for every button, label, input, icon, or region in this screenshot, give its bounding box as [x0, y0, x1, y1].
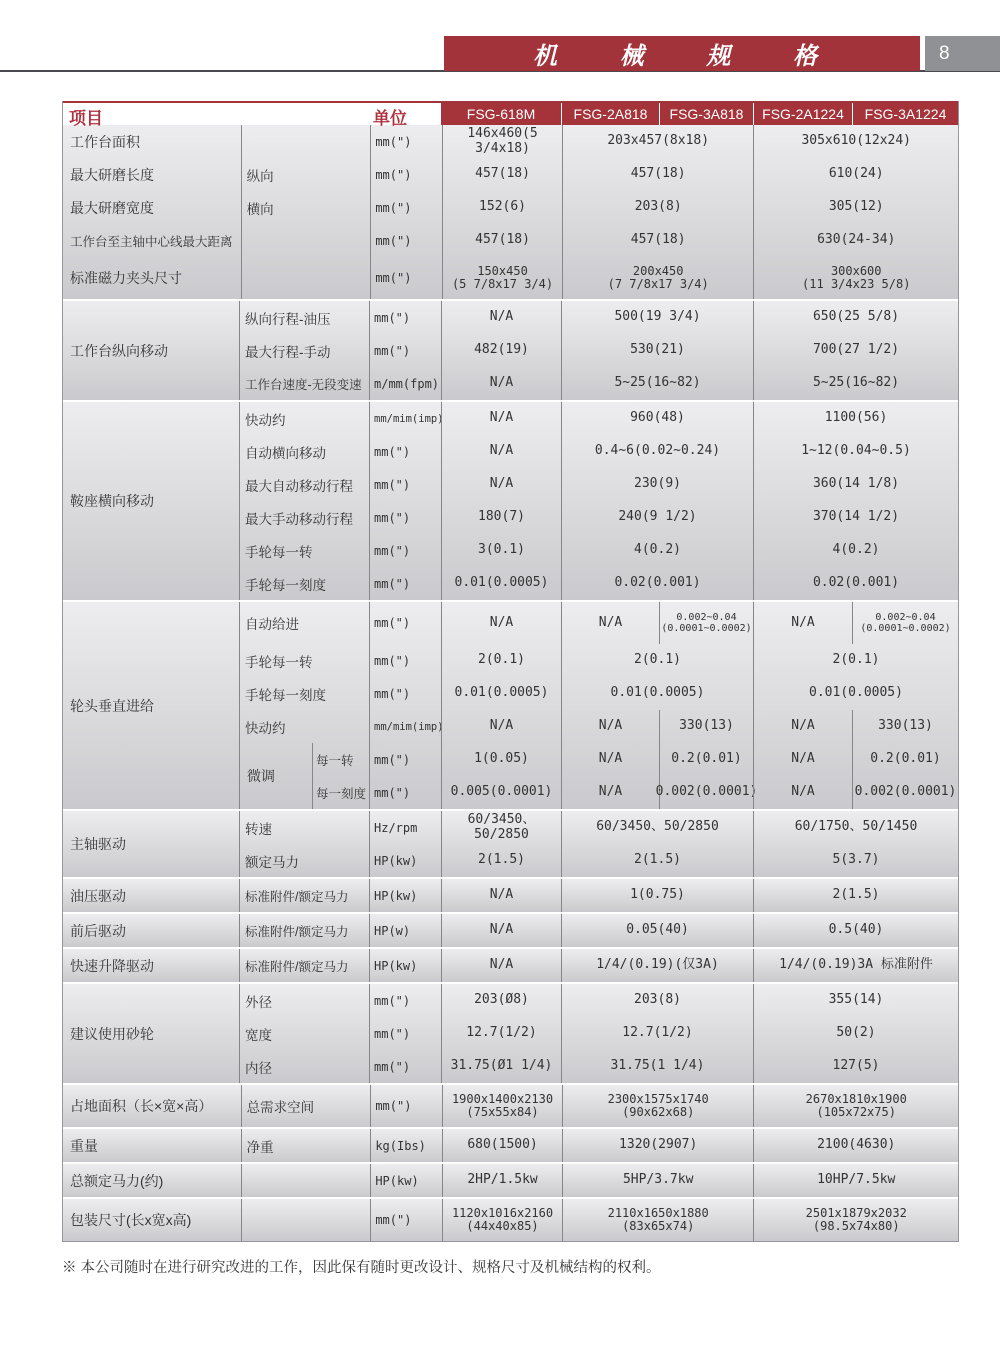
value-cell: 1900x1400x2130 (75x55x84) — [442, 1085, 562, 1127]
spec-row: 快动约mm/mim(imp)N/A960(48)1100(56) — [239, 402, 958, 435]
table-header-row: 项目 单位 FSG-618MFSG-2A818FSG-3A818FSG-2A12… — [63, 101, 958, 125]
unit-cell: mm(") — [369, 534, 441, 567]
unit-cell: mm(") — [369, 468, 441, 501]
spec-section: 占地面积（长×宽×高）总需求空间mm(")1900x1400x2130 (75x… — [63, 1085, 958, 1129]
value-cell: 5~25(16~82) — [753, 367, 958, 400]
value-cell: 1320(2907) — [562, 1129, 754, 1162]
section-rows: 纵向行程-油压mm(")N/A500(19 3/4)650(25 5/8)最大行… — [239, 301, 958, 400]
spec-section: 轮头垂直进给自动给进mm(")N/AN/A0.002~0.04 (0.0001~… — [63, 602, 958, 811]
unit-column-header: 单位 — [373, 104, 407, 129]
spec-row: 包装尺寸(长x宽x高)mm(")1120x1016x2160 (44x40x85… — [63, 1199, 958, 1241]
value-cell: N/A — [441, 602, 561, 644]
spec-row: 手轮每一转mm(")3(0.1)4(0.2)4(0.2) — [239, 534, 958, 567]
model-column-header: FSG-2A1224 — [753, 103, 852, 125]
sub-label-cell: 自动横向移动 — [239, 435, 369, 468]
sub-label-cell: 内径 — [239, 1050, 369, 1083]
spec-section: 重量净重kg(Ibs)680(1500)1320(2907)2100(4630) — [63, 1129, 958, 1164]
section-rows: 标准附件/额定马力HP(w)N/A0.05(40)0.5(40) — [239, 914, 958, 947]
unit-cell: m/mm(fpm) — [369, 367, 441, 400]
unit-cell: HP(kw) — [369, 879, 441, 912]
spec-section: 油压驱动标准附件/额定马力HP(kw)N/A1(0.75)2(1.5) — [63, 879, 958, 914]
spec-section: 工作台纵向移动纵向行程-油压mm(")N/A500(19 3/4)650(25 … — [63, 301, 958, 402]
page-title: 机 械 规 格 — [533, 36, 831, 71]
value-cell: 0.002~0.04 (0.0001~0.0002) — [852, 602, 958, 644]
unit-cell: mm(") — [369, 435, 441, 468]
value-cell: N/A — [561, 776, 659, 809]
spec-row: 手轮每一刻度mm(")0.01(0.0005)0.02(0.001)0.02(0… — [239, 567, 958, 600]
value-cell: 31.75(1 1/4) — [561, 1050, 753, 1083]
sub-label-cell: 标准附件/额定马力 — [239, 949, 369, 982]
value-cell: 0.05(40) — [561, 914, 753, 947]
value-cell: N/A — [441, 435, 561, 468]
unit-cell: kg(Ibs) — [370, 1129, 442, 1162]
value-cell: 2HP/1.5kw — [442, 1164, 562, 1197]
unit-cell: mm(") — [370, 125, 442, 158]
group-label-cell: 工作台面积 — [63, 125, 241, 158]
value-cell: 1100(56) — [753, 402, 958, 435]
unit-cell: mm(") — [370, 1085, 442, 1127]
value-cell: 1/4/(0.19)(仅3A) — [561, 949, 753, 982]
group-label-cell: 油压驱动 — [63, 879, 239, 912]
unit-cell: mm(") — [370, 158, 442, 191]
value-cell: 203(8) — [562, 191, 754, 224]
spec-row: 总额定马力(约)HP(kw)2HP/1.5kw5HP/3.7kw10HP/7.5… — [63, 1164, 958, 1197]
value-cell: 2(1.5) — [441, 844, 561, 877]
value-cell: 2(0.1) — [753, 644, 958, 677]
value-cell: 146x460(5 3/4x18) — [442, 125, 562, 158]
sub-label-cell: 最大自动移动行程 — [239, 468, 369, 501]
sub-label-cell: 额定马力 — [239, 844, 369, 877]
value-cell: 4(0.2) — [753, 534, 958, 567]
spec-row: 自动给进mm(")N/AN/A0.002~0.04 (0.0001~0.0002… — [239, 602, 958, 644]
spec-row: 手轮每一刻度mm(")0.01(0.0005)0.01(0.0005)0.01(… — [239, 677, 958, 710]
spec-row: 内径mm(")31.75(Ø1 1/4)31.75(1 1/4)127(5) — [239, 1050, 958, 1083]
value-cell: N/A — [753, 743, 852, 776]
spec-row: 最大研磨宽度横向mm(")152(6)203(8)305(12) — [63, 191, 958, 224]
spec-row: 自动横向移动mm(")N/A0.4~6(0.02~0.24)1~12(0.04~… — [239, 435, 958, 468]
group-label-cell: 快速升降驱动 — [63, 949, 239, 982]
spec-row: 标准磁力夹头尺寸mm(")150x450 (5 7/8x17 3/4)200x4… — [63, 257, 958, 299]
value-cell: N/A — [441, 949, 561, 982]
value-cell: 240(9 1/2) — [561, 501, 753, 534]
value-cell: 650(25 5/8) — [753, 301, 958, 334]
unit-cell: mm(") — [369, 984, 441, 1017]
spec-sheet-page: 机 械 规 格 8 项目 单位 FSG-618MFSG-2A818FSG-3A8… — [0, 0, 1000, 1358]
page-header-banner: 机 械 规 格 — [444, 36, 920, 71]
spec-row: 手轮每一转mm(")2(0.1)2(0.1)2(0.1) — [239, 644, 958, 677]
value-cell: 457(18) — [562, 158, 754, 191]
value-cell: 0.01(0.0005) — [441, 567, 561, 600]
group-label-cell: 最大研磨宽度 — [63, 191, 241, 224]
section-rows: 外径mm(")203(Ø8)203(8)355(14)宽度mm(")12.7(1… — [239, 984, 958, 1083]
sub-label-cell — [241, 1199, 371, 1241]
value-cell: 355(14) — [753, 984, 958, 1017]
sub-label: 每一转 — [312, 743, 369, 776]
value-cell: 180(7) — [441, 501, 561, 534]
value-cell: N/A — [441, 879, 561, 912]
unit-cell: HP(w) — [369, 914, 441, 947]
group-label-cell: 工作台纵向移动 — [63, 301, 239, 400]
model-header-group: FSG-618MFSG-2A818FSG-3A818FSG-2A1224FSG-… — [441, 103, 958, 125]
footnote: ※ 本公司随时在进行研究改进的工作，因此保有随时更改设计、规格尺寸及机械结构的权… — [62, 1256, 959, 1277]
value-cell: 0.2(0.01) — [659, 743, 753, 776]
group-label-cell: 鞍座横向移动 — [63, 402, 239, 600]
sub-label-cell: 总需求空间 — [241, 1085, 371, 1127]
value-cell: N/A — [441, 468, 561, 501]
value-cell: N/A — [441, 402, 561, 435]
group-label-cell: 重量 — [63, 1129, 241, 1162]
spec-row: 纵向行程-油压mm(")N/A500(19 3/4)650(25 5/8) — [239, 301, 958, 334]
value-cell: 700(27 1/2) — [753, 334, 958, 367]
unit-cell: HP(kw) — [369, 949, 441, 982]
spec-row: 最大手动移动行程mm(")180(7)240(9 1/2)370(14 1/2) — [239, 501, 958, 534]
sub-label-cell: 工作台速度-无段变速 — [239, 367, 369, 400]
spec-section: 包装尺寸(长x宽x高)mm(")1120x1016x2160 (44x40x85… — [63, 1199, 958, 1241]
unit-cell: mm(") — [369, 1050, 441, 1083]
group-label-cell: 总额定马力(约) — [63, 1164, 241, 1197]
value-cell: 330(13) — [659, 710, 753, 743]
fine-adjust-group-label: 微调 — [247, 766, 275, 786]
value-cell: 5~25(16~82) — [561, 367, 753, 400]
value-cell: 360(14 1/8) — [753, 468, 958, 501]
value-cell: 0.5(40) — [753, 914, 958, 947]
value-cell: 0.01(0.0005) — [561, 677, 753, 710]
value-cell: 482(19) — [441, 334, 561, 367]
value-cell: 60/3450、50/2850 — [561, 811, 753, 844]
sub-label-cell: 纵向行程-油压 — [239, 301, 369, 334]
value-cell: 0.002(0.0001) — [852, 776, 958, 809]
unit-cell: mm(") — [369, 644, 441, 677]
value-cell: N/A — [441, 914, 561, 947]
sub-label-cell — [241, 125, 371, 158]
group-label-cell: 包装尺寸(长x宽x高) — [63, 1199, 241, 1241]
value-cell: 0.01(0.0005) — [441, 677, 561, 710]
value-cell: 4(0.2) — [561, 534, 753, 567]
spec-row: 标准附件/额定马力HP(w)N/A0.05(40)0.5(40) — [239, 914, 958, 947]
value-cell: 2(0.1) — [441, 644, 561, 677]
value-cell: 200x450 (7 7/8x17 3/4) — [562, 257, 754, 299]
value-cell: N/A — [753, 776, 852, 809]
value-cell: 680(1500) — [442, 1129, 562, 1162]
value-cell: 3(0.1) — [441, 534, 561, 567]
sub-label: 每一刻度 — [312, 776, 369, 809]
value-cell: 2110x1650x1880 (83x65x74) — [562, 1199, 754, 1241]
value-cell: 2(1.5) — [753, 879, 958, 912]
value-cell: 10HP/7.5kw — [753, 1164, 958, 1197]
value-cell: 300x600 (11 3/4x23 5/8) — [753, 257, 958, 299]
spec-row: 宽度mm(")12.7(1/2)12.7(1/2)50(2) — [239, 1017, 958, 1050]
group-label-cell: 标准磁力夹头尺寸 — [63, 257, 241, 299]
spec-row: 占地面积（长×宽×高）总需求空间mm(")1900x1400x2130 (75x… — [63, 1085, 958, 1127]
value-cell: 457(18) — [442, 158, 562, 191]
header-label-area: 项目 单位 — [63, 103, 441, 125]
value-cell: 2(1.5) — [561, 844, 753, 877]
unit-cell: HP(kw) — [370, 1164, 442, 1197]
value-cell: 305(12) — [753, 191, 958, 224]
unit-cell: mm/mim(imp) — [369, 710, 441, 743]
value-cell: 0.002(0.0001) — [659, 776, 753, 809]
unit-cell: mm(") — [369, 776, 441, 809]
value-cell: 152(6) — [442, 191, 562, 224]
unit-cell: mm(") — [370, 224, 442, 257]
spec-section: 总额定马力(约)HP(kw)2HP/1.5kw5HP/3.7kw10HP/7.5… — [63, 1164, 958, 1199]
value-cell: 230(9) — [561, 468, 753, 501]
sub-label-cell: 标准附件/额定马力 — [239, 879, 369, 912]
sub-label-cell: 自动给进 — [239, 602, 369, 644]
group-label-cell: 前后驱动 — [63, 914, 239, 947]
unit-cell: mm(") — [370, 191, 442, 224]
model-column-header: FSG-3A818 — [659, 103, 753, 125]
spec-table: 项目 单位 FSG-618MFSG-2A818FSG-3A818FSG-2A12… — [62, 101, 959, 1242]
sub-label-cell: 手轮每一刻度 — [239, 677, 369, 710]
sub-label-cell: 最大手动移动行程 — [239, 501, 369, 534]
spec-row: 工作台面积mm(")146x460(5 3/4x18)203x457(8x18)… — [63, 125, 958, 158]
spec-section: 建议使用砂轮外径mm(")203(Ø8)203(8)355(14)宽度mm(")… — [63, 984, 958, 1085]
spec-row: 最大研磨长度纵向mm(")457(18)457(18)610(24) — [63, 158, 958, 191]
spec-row: 额定马力HP(kw)2(1.5)2(1.5)5(3.7) — [239, 844, 958, 877]
value-cell: 960(48) — [561, 402, 753, 435]
page-number-box: 8 — [925, 36, 1000, 71]
value-cell: 0.2(0.01) — [852, 743, 958, 776]
unit-cell: mm(") — [369, 501, 441, 534]
spec-row: 微调每一转mm(")1(0.05)N/A0.2(0.01)N/A0.2(0.01… — [239, 743, 958, 776]
value-cell: N/A — [561, 602, 659, 644]
value-cell: N/A — [441, 301, 561, 334]
spec-row: 最大自动移动行程mm(")N/A230(9)360(14 1/8) — [239, 468, 958, 501]
section-rows: 转速Hz/rpm60/3450、50/285060/3450、50/285060… — [239, 811, 958, 877]
value-cell: N/A — [753, 602, 852, 644]
value-cell: 2501x1879x2032 (98.5x74x80) — [753, 1199, 958, 1241]
value-cell: 1(0.75) — [561, 879, 753, 912]
value-cell: 12.7(1/2) — [561, 1017, 753, 1050]
page-number: 8 — [939, 43, 950, 65]
spec-row: 重量净重kg(Ibs)680(1500)1320(2907)2100(4630) — [63, 1129, 958, 1162]
sub-label-cell: 净重 — [241, 1129, 371, 1162]
value-cell: 457(18) — [562, 224, 754, 257]
spec-section: 鞍座横向移动快动约mm/mim(imp)N/A960(48)1100(56)自动… — [63, 402, 958, 602]
spec-row: 标准附件/额定马力HP(kw)N/A1(0.75)2(1.5) — [239, 879, 958, 912]
item-column-header: 项目 — [69, 104, 103, 129]
value-cell: 2100(4630) — [753, 1129, 958, 1162]
sub-label-cell: 最大行程-手动 — [239, 334, 369, 367]
value-cell: 530(21) — [561, 334, 753, 367]
value-cell: 1~12(0.04~0.5) — [753, 435, 958, 468]
unit-cell: mm(") — [369, 743, 441, 776]
value-cell: 330(13) — [852, 710, 958, 743]
sub-label-cell: 手轮每一转 — [239, 644, 369, 677]
section-rows: 快动约mm/mim(imp)N/A960(48)1100(56)自动横向移动mm… — [239, 402, 958, 600]
unit-cell: HP(kw) — [369, 844, 441, 877]
spec-row: 工作台速度-无段变速m/mm(fpm)N/A5~25(16~82)5~25(16… — [239, 367, 958, 400]
value-cell: N/A — [441, 710, 561, 743]
value-cell: 150x450 (5 7/8x17 3/4) — [442, 257, 562, 299]
group-label-cell: 建议使用砂轮 — [63, 984, 239, 1083]
unit-cell: mm/mim(imp) — [369, 402, 441, 435]
unit-cell: Hz/rpm — [369, 811, 441, 844]
unit-cell: mm(") — [369, 602, 441, 644]
section-rows: 标准附件/额定马力HP(kw)N/A1/4/(0.19)(仅3A)1/4/(0.… — [239, 949, 958, 982]
spec-row: 工作台至主轴中心线最大距离mm(")457(18)457(18)630(24-3… — [63, 224, 958, 257]
value-cell: 5HP/3.7kw — [562, 1164, 754, 1197]
sub-label-cell — [241, 224, 371, 257]
unit-cell: mm(") — [370, 257, 442, 299]
spec-section: 工作台面积mm(")146x460(5 3/4x18)203x457(8x18)… — [63, 125, 958, 301]
spec-section: 主轴驱动转速Hz/rpm60/3450、50/285060/3450、50/28… — [63, 811, 958, 879]
group-label-cell: 占地面积（长×宽×高） — [63, 1085, 241, 1127]
spec-section: 快速升降驱动标准附件/额定马力HP(kw)N/A1/4/(0.19)(仅3A)1… — [63, 949, 958, 984]
sub-label-cell: 手轮每一转 — [239, 534, 369, 567]
group-label-cell: 工作台至主轴中心线最大距离 — [63, 224, 241, 257]
value-cell: 370(14 1/2) — [753, 501, 958, 534]
value-cell: 12.7(1/2) — [441, 1017, 561, 1050]
model-column-header: FSG-618M — [441, 103, 561, 125]
value-cell: 127(5) — [753, 1050, 958, 1083]
value-cell: 1120x1016x2160 (44x40x85) — [442, 1199, 562, 1241]
spec-row: 外径mm(")203(Ø8)203(8)355(14) — [239, 984, 958, 1017]
value-cell: 60/3450、50/2850 — [441, 811, 561, 844]
spec-section: 前后驱动标准附件/额定马力HP(w)N/A0.05(40)0.5(40) — [63, 914, 958, 949]
value-cell: 203(8) — [561, 984, 753, 1017]
value-cell: 0.01(0.0005) — [753, 677, 958, 710]
unit-cell: mm(") — [369, 334, 441, 367]
value-cell: 2300x1575x1740 (90x62x68) — [562, 1085, 754, 1127]
sub-label-cell: 快动约 — [239, 710, 369, 743]
sub-label-cell: 转速 — [239, 811, 369, 844]
value-cell: 0.005(0.0001) — [441, 776, 561, 809]
table-body: 工作台面积mm(")146x460(5 3/4x18)203x457(8x18)… — [63, 125, 958, 1241]
value-cell: 0.4~6(0.02~0.24) — [561, 435, 753, 468]
sub-label-cell: 横向 — [241, 191, 371, 224]
section-rows: 自动给进mm(")N/AN/A0.002~0.04 (0.0001~0.0002… — [239, 602, 958, 809]
unit-cell: mm(") — [369, 301, 441, 334]
spec-row: 最大行程-手动mm(")482(19)530(21)700(27 1/2) — [239, 334, 958, 367]
value-cell: 203(Ø8) — [441, 984, 561, 1017]
value-cell: 1/4/(0.19)3A 标准附件 — [753, 949, 958, 982]
value-cell: 50(2) — [753, 1017, 958, 1050]
sub-label-cell: 外径 — [239, 984, 369, 1017]
value-cell: N/A — [561, 743, 659, 776]
sub-label-cell: 标准附件/额定马力 — [239, 914, 369, 947]
spec-row: 快动约mm/mim(imp)N/AN/A330(13)N/A330(13) — [239, 710, 958, 743]
sub-label-cell — [241, 1164, 371, 1197]
sub-label-cell — [241, 257, 371, 299]
sub-label-cell: 快动约 — [239, 402, 369, 435]
unit-cell: mm(") — [369, 1017, 441, 1050]
value-cell: 2670x1810x1900 (105x72x75) — [753, 1085, 958, 1127]
spec-row: 转速Hz/rpm60/3450、50/285060/3450、50/285060… — [239, 811, 958, 844]
value-cell: 31.75(Ø1 1/4) — [441, 1050, 561, 1083]
value-cell: N/A — [561, 710, 659, 743]
value-cell: 60/1750、50/1450 — [753, 811, 958, 844]
section-rows: 标准附件/额定马力HP(kw)N/A1(0.75)2(1.5) — [239, 879, 958, 912]
value-cell: 610(24) — [753, 158, 958, 191]
value-cell: N/A — [441, 367, 561, 400]
value-cell: 203x457(8x18) — [562, 125, 754, 158]
value-cell: N/A — [753, 710, 852, 743]
value-cell: 305x610(12x24) — [753, 125, 958, 158]
model-column-header: FSG-2A818 — [561, 103, 659, 125]
sub-label-cell: 微调每一转 — [239, 743, 369, 776]
value-cell: 500(19 3/4) — [561, 301, 753, 334]
unit-cell: mm(") — [369, 567, 441, 600]
group-label-cell: 最大研磨长度 — [63, 158, 241, 191]
group-label-cell: 轮头垂直进给 — [63, 602, 239, 809]
value-cell: 0.002~0.04 (0.0001~0.0002) — [659, 602, 753, 644]
sub-label-cell: 宽度 — [239, 1017, 369, 1050]
value-cell: 5(3.7) — [753, 844, 958, 877]
sub-label-cell: 手轮每一刻度 — [239, 567, 369, 600]
spec-row: 标准附件/额定马力HP(kw)N/A1/4/(0.19)(仅3A)1/4/(0.… — [239, 949, 958, 982]
group-label-cell: 主轴驱动 — [63, 811, 239, 877]
unit-cell: mm(") — [369, 677, 441, 710]
value-cell: 1(0.05) — [441, 743, 561, 776]
value-cell: 2(0.1) — [561, 644, 753, 677]
unit-cell: mm(") — [370, 1199, 442, 1241]
table-area: 项目 单位 FSG-618MFSG-2A818FSG-3A818FSG-2A12… — [62, 101, 959, 1277]
value-cell: 630(24-34) — [753, 224, 958, 257]
spec-row: 每一刻度mm(")0.005(0.0001)N/A0.002(0.0001)N/… — [239, 776, 958, 809]
value-cell: 457(18) — [442, 224, 562, 257]
sub-label-cell: 纵向 — [241, 158, 371, 191]
value-cell: 0.02(0.001) — [753, 567, 958, 600]
model-column-header: FSG-3A1224 — [852, 103, 958, 125]
value-cell: 0.02(0.001) — [561, 567, 753, 600]
